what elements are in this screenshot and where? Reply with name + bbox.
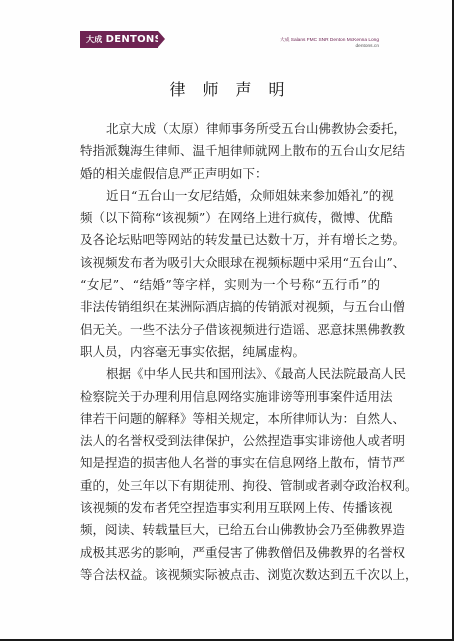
text-line: 知是捏造的损害他人名誉的事实在信息网络上散布，情节严	[80, 452, 380, 474]
text-line: 职人员，内容毫无事实依据，纯属虚构。	[80, 341, 380, 363]
dentons-logo: 大成DENTONS	[80, 31, 158, 48]
text-line: 北京大成（太原）律师事务所受五台山佛教协会委托，	[80, 118, 380, 140]
logo-english-name: DENTONS	[106, 34, 163, 45]
text-line: 近日“五台山一女尼结婚，众师姐妹来参加婚礼”的视	[80, 185, 380, 207]
text-line: 及各论坛贴吧等网站的转发量已达数十万，并有增长之势。	[80, 229, 380, 251]
text-line: 该视频的发布者凭空捏造事实利用互联网上传、传播该视	[80, 497, 380, 519]
text-line: 根据《中华人民共和国刑法》、《最高人民法院最高人民	[80, 363, 380, 385]
text-line: 成极其恶劣的影响，严重侵害了佛教僧侣及佛教界的名誉权	[80, 542, 380, 564]
text-line: 频（以下简称“该视频”）在网络上进行疯传，微博、优酷	[80, 207, 380, 229]
text-line: 法人的名誉权受到法律保护，公然捏造事实诽谤他人或者明	[80, 430, 380, 452]
page-title: 律师声明	[0, 80, 454, 100]
text-line: 频，阅读、转载量巨大，已给五台山佛教协会乃至佛教界造	[80, 519, 380, 541]
text-line: 侣无关。一些不法分子借该视频进行造谣、恶意抹黑佛教教	[80, 319, 380, 341]
text-line: 律若干问题的解释》等相关规定，本所律师认为：自然人、	[80, 408, 380, 430]
text-line: 该视频发布者为吸引大众眼球在视频标题中采用“五台山”、	[80, 252, 380, 274]
text-line: 重的，处三年以下有期徒刑、拘役、管制或者剥夺政治权利。	[80, 475, 380, 497]
firm-website: dentons.cn	[280, 44, 379, 50]
letterhead-firm-info: 大成 Salans FMC SNR Denton McKenna Long de…	[280, 38, 379, 50]
text-line: 婚的相关虚假信息严正声明如下：	[80, 163, 380, 185]
text-line: 等合法权益。该视频实际被点击、浏览次数达到五千次以上，	[80, 564, 380, 586]
text-line: “女尼”、“结婚”等字样，实则为一个号称“五行币”的	[80, 274, 380, 296]
statement-body: 北京大成（太原）律师事务所受五台山佛教协会委托， 特指派魏海生律师、温千旭律师就…	[80, 118, 380, 586]
logo-chinese-name: 大成	[86, 35, 103, 44]
text-line: 特指派魏海生律师、温千旭律师就网上散布的五台山女尼结	[80, 140, 380, 162]
text-line: 检察院关于办理利用信息网络实施诽谤等刑事案件适用法	[80, 386, 380, 408]
text-line: 非法传销组织在某洲际酒店搞的传销派对视频，与五台山僧	[80, 296, 380, 318]
document-page: 大成DENTONS 大成 Salans FMC SNR Denton McKen…	[0, 0, 454, 641]
